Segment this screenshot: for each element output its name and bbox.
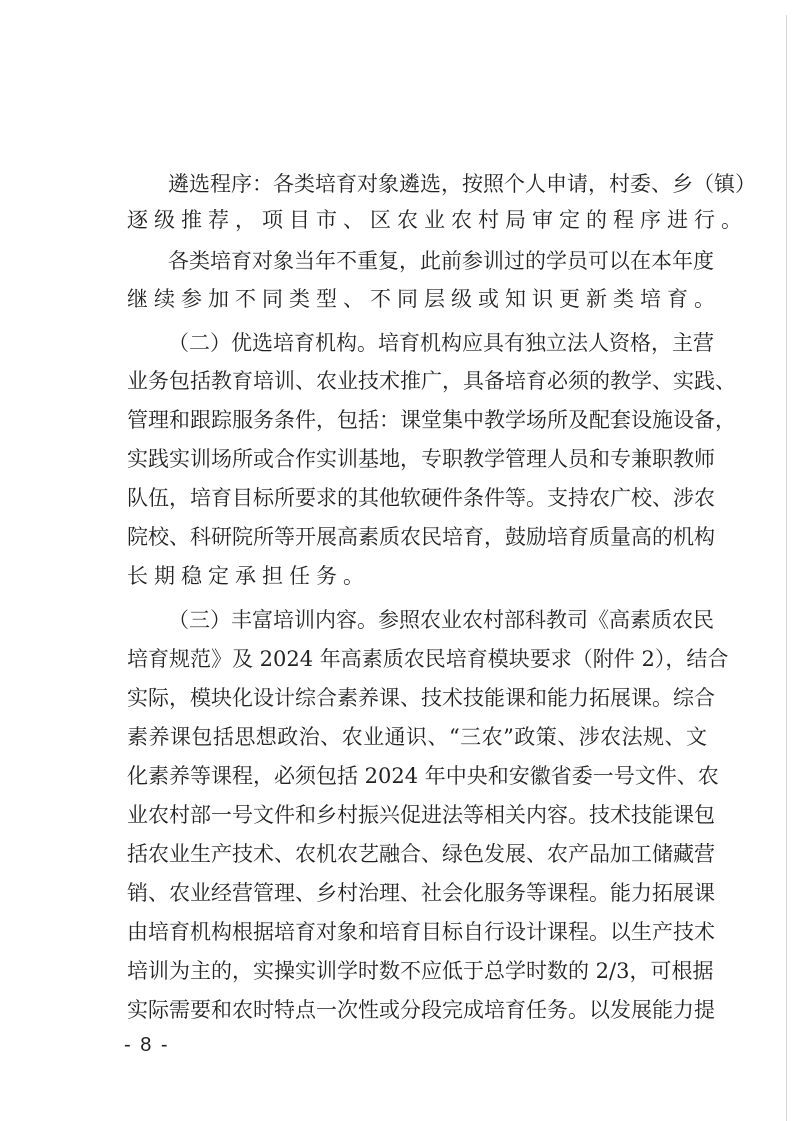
document-page: 遴选程序：各类培育对象遴选，按照个人申请，村委、乡（镇） 逐级推荐，项目市、区农… [0,0,793,1121]
page-edge-line [786,15,787,1121]
text-line: 业务包括教育培训、农业技术推广，具备培育必须的教学、实践、 [127,368,707,394]
text-line: 遴选程序：各类培育对象遴选，按照个人申请，村委、乡（镇） [168,171,707,197]
section-heading-line: （三）丰富培训内容。参照农业农村部科教司《高素质农民 [168,607,707,633]
text-line: 培育规范》及 2024 年高素质农民培育模块要求（附件 2），结合 [127,646,707,672]
text-line: 由培育机构根据培育对象和培育目标自行设计课程。以生产技术 [127,919,707,945]
text-line: 各类培育对象当年不重复，此前参训过的学员可以在本年度 [168,248,707,274]
text-line: 管理和跟踪服务条件，包括：课堂集中教学场所及配套设施设备， [127,407,707,433]
text-line: 逐级推荐，项目市、区农业农村局审定的程序进行。 [127,207,707,233]
text-line: 实际，模块化设计综合素养课、技术技能课和能力拓展课。综合 [127,685,707,711]
text-line: 括农业生产技术、农机农艺融合、绿色发展、农产品加工储藏营 [127,841,707,867]
text-line: 培训为主的，实操实训学时数不应低于总学时数的 2/3，可根据 [127,958,707,984]
text-line: 实践实训场所或合作实训基地，专职教学管理人员和专兼职教师 [127,446,707,472]
text-line: 院校、科研院所等开展高素质农民培育，鼓励培育质量高的机构 [127,524,707,550]
text-line: 素养课包括思想政治、农业通识、“三农”政策、涉农法规、文 [127,724,707,750]
section-heading-line: （二）优选培育机构。培育机构应具有独立法人资格，主营 [168,330,707,356]
text-line: 销、农业经营管理、乡村治理、社会化服务等课程。能力拓展课 [127,880,707,906]
text-line: 继续参加不同类型、不同层级或知识更新类培育。 [127,286,707,312]
text-line: 长期稳定承担任务。 [127,563,707,589]
text-line: 业农村部一号文件和乡村振兴促进法等相关内容。技术技能课包 [127,802,707,828]
text-line: 化素养等课程，必须包括 2024 年中央和安徽省委一号文件、农 [127,763,707,789]
text-line: 队伍，培育目标所要求的其他软硬件条件等。支持农广校、涉农 [127,485,707,511]
text-line: 实际需要和农时特点一次性或分段完成培育任务。以发展能力提 [127,997,707,1023]
page-number: - 8 - [124,1032,170,1058]
